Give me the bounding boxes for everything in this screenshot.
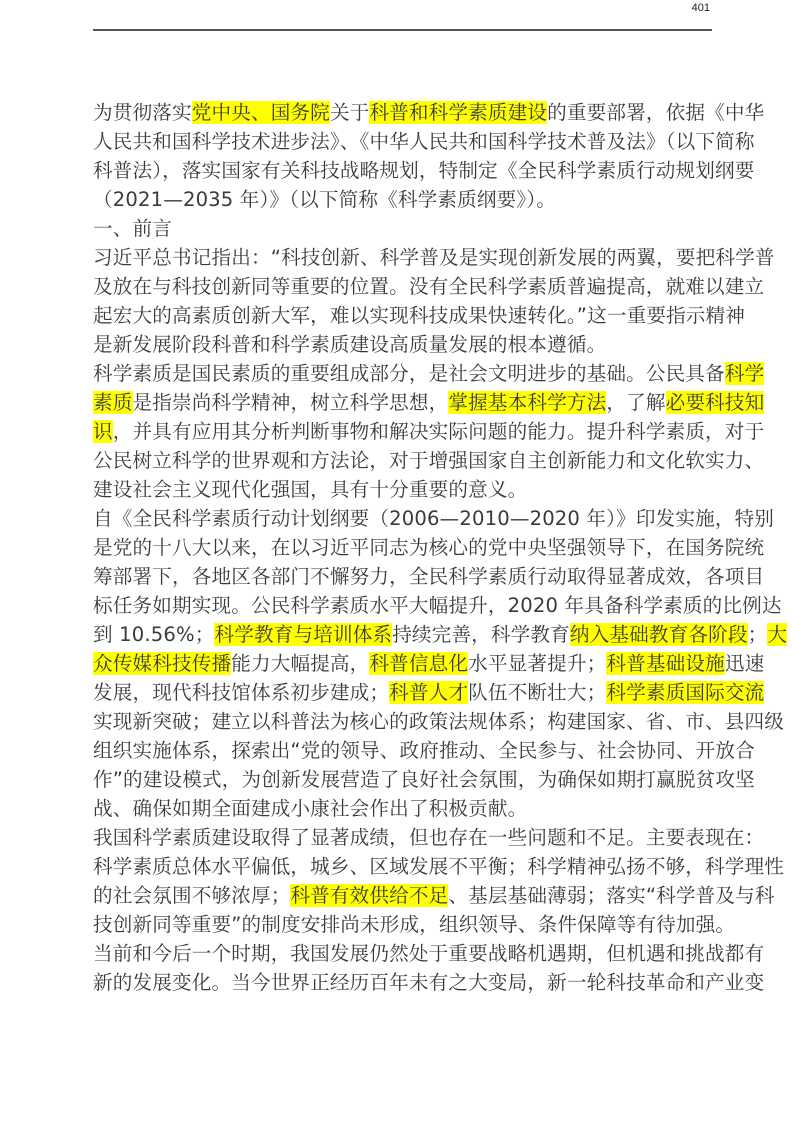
text-line: 及放在与科技创新同等重要的位置。没有全民科学素质普遍提高，就难以建立	[93, 272, 718, 301]
highlighted-text: 科普基础设施	[606, 652, 724, 675]
document-body: 为贯彻落实党中央、国务院关于科普和科学素质建设的重要部署，依据《中华人民共和国科…	[93, 98, 718, 997]
text-line: 人民共和国科学技术进步法》、《中华人民共和国科学技术普及法》（以下简称	[93, 127, 718, 156]
text-line: 组织实施体系，探索出“党的领导、政府推动、全民参与、社会协同、开放合	[93, 736, 718, 765]
page-number: 401	[692, 2, 710, 14]
text-segment: 组织实施体系，探索出“党的领导、政府推动、全民参与、社会协同、开放合	[93, 739, 755, 762]
text-segment: 公民树立科学的世界观和方法论，对于增强国家自主创新能力和文化软实力、	[93, 449, 764, 472]
text-line: 建设社会主义现代化强国，具有十分重要的意义。	[93, 475, 718, 504]
text-segment: 科学素质总体水平偏低，城乡、区域发展不平衡；科学精神弘扬不够，科学理性	[93, 855, 784, 878]
highlighted-text: 众传媒科技传播	[93, 652, 231, 675]
text-segment: 及放在与科技创新同等重要的位置。没有全民科学素质普遍提高，就难以建立	[93, 275, 764, 298]
text-segment: 起宏大的高素质创新大军，难以实现科技成果快速转化。”这一重要指示精神	[93, 304, 745, 327]
text-line: 科普法），落实国家有关科技战略规划，特制定《全民科学素质行动规划纲要	[93, 156, 718, 185]
text-segment: ，并具有应用其分析判断事物和解决实际问题的能力。提升科学素质，对于	[113, 420, 765, 443]
text-line: 是党的十八大以来，在以习近平同志为核心的党中央坚强领导下，在国务院统	[93, 533, 718, 562]
text-segment: ，了解	[606, 391, 665, 414]
text-segment: 的社会氛围不够浓厚；	[93, 884, 290, 907]
text-segment: 新的发展变化。当今世界正经历百年未有之大变局，新一轮科技革命和产业变	[93, 971, 764, 994]
text-segment: 迅速	[725, 652, 765, 675]
highlighted-text: 科学素质国际交流	[606, 681, 764, 704]
text-line: 当前和今后一个时期，我国发展仍然处于重要战略机遇期，但机遇和挑战都有	[93, 939, 718, 968]
text-segment: 科学素质是国民素质的重要组成部分，是社会文明进步的基础。公民具备	[93, 362, 725, 385]
text-line: 众传媒科技传播能力大幅提高，科普信息化水平显著提升；科普基础设施迅速	[93, 649, 718, 678]
text-line: 习近平总书记指出：“科技创新、科学普及是实现创新发展的两翼，要把科学普	[93, 243, 718, 272]
text-segment: 持续完善，科学教育	[392, 623, 570, 646]
text-segment: 筹部署下，各地区各部门不懈努力，全民科学素质行动取得显著成效，各项目	[93, 565, 764, 588]
text-line: 标任务如期实现。公民科学素质水平大幅提升，2020 年具备科学素质的比例达	[93, 591, 718, 620]
text-segment: 是新发展阶段科普和科学素质建设高质量发展的根本遵循。	[93, 333, 606, 356]
text-segment: 发展，现代科技馆体系初步建成；	[93, 681, 389, 704]
highlighted-text: 党中央、国务院	[192, 101, 330, 124]
text-line: 实现新突破；建立以科普法为核心的政策法规体系；构建国家、省、市、县四级	[93, 707, 718, 736]
text-line: 发展，现代科技馆体系初步建成；科普人才队伍不断壮大；科学素质国际交流	[93, 678, 718, 707]
text-segment: 、基层基础薄弱；落实“科学普及与科	[448, 884, 774, 907]
text-line: 科学素质是国民素质的重要组成部分，是社会文明进步的基础。公民具备科学	[93, 359, 718, 388]
text-segment: 队伍不断壮大；	[468, 681, 606, 704]
text-line: 筹部署下，各地区各部门不懈努力，全民科学素质行动取得显著成效，各项目	[93, 562, 718, 591]
highlighted-text: 纳入基础教育各阶段	[570, 623, 748, 646]
text-line: 是新发展阶段科普和科学素质建设高质量发展的根本遵循。	[93, 330, 718, 359]
header-rule	[93, 29, 712, 31]
text-line: （2021—2035 年）》（以下简称《科学素质纲要》）。	[93, 185, 718, 214]
text-segment: 是指崇尚科学精神，树立科学思想，	[133, 391, 449, 414]
text-segment: 建设社会主义现代化强国，具有十分重要的意义。	[93, 478, 527, 501]
text-line: 技创新同等重要”的制度安排尚未形成，组织领导、条件保障等有待加强。	[93, 910, 718, 939]
text-line: 素质是指崇尚科学精神，树立科学思想，掌握基本科学方法，了解必要科技知	[93, 388, 718, 417]
text-segment: 科普法），落实国家有关科技战略规划，特制定《全民科学素质行动规划纲要	[93, 159, 755, 182]
text-segment: 技创新同等重要”的制度安排尚未形成，组织领导、条件保障等有待加强。	[93, 913, 735, 936]
highlighted-text: 科普人才	[389, 681, 468, 704]
text-line: 我国科学素质建设取得了显著成绩，但也存在一些问题和不足。主要表现在：	[93, 823, 718, 852]
text-segment: 当前和今后一个时期，我国发展仍然处于重要战略机遇期，但机遇和挑战都有	[93, 942, 764, 965]
text-segment: 作”的建设模式，为创新发展营造了良好社会氛围，为确保如期打赢脱贫攻坚	[93, 768, 755, 791]
highlighted-text: 科学	[725, 362, 765, 385]
text-line: 起宏大的高素质创新大军，难以实现科技成果快速转化。”这一重要指示精神	[93, 301, 718, 330]
highlighted-text: 必要科技知	[666, 391, 765, 414]
text-segment: 战、确保如期全面建成小康社会作出了积极贡献。	[93, 797, 527, 820]
text-segment: 习近平总书记指出：“科技创新、科学普及是实现创新发展的两翼，要把科学普	[93, 246, 775, 269]
highlighted-text: 科学教育与培训体系	[214, 623, 392, 646]
highlighted-text: 科普有效供给不足	[290, 884, 448, 907]
text-segment: （2021—2035 年）》（以下简称《科学素质纲要》）。	[93, 188, 556, 211]
highlighted-text: 大	[767, 623, 787, 646]
highlighted-text: 科普信息化	[369, 652, 468, 675]
text-segment: 的重要部署，依据《中华	[547, 101, 764, 124]
text-segment: 标任务如期实现。公民科学素质水平大幅提升，2020 年具备科学素质的比例达	[93, 594, 782, 617]
text-line: 的社会氛围不够浓厚；科普有效供给不足、基层基础薄弱；落实“科学普及与科	[93, 881, 718, 910]
text-segment: 能力大幅提高，	[231, 652, 369, 675]
text-segment: 为贯彻落实	[93, 101, 192, 124]
text-line: 科学素质总体水平偏低，城乡、区域发展不平衡；科学精神弘扬不够，科学理性	[93, 852, 718, 881]
text-segment: ；	[748, 623, 768, 646]
text-segment: 我国科学素质建设取得了显著成绩，但也存在一些问题和不足。主要表现在：	[93, 826, 764, 849]
text-segment: 是党的十八大以来，在以习近平同志为核心的党中央坚强领导下，在国务院统	[93, 536, 764, 559]
highlighted-text: 掌握基本科学方法	[448, 391, 606, 414]
highlighted-text: 科普和科学素质建设	[369, 101, 547, 124]
text-segment: 人民共和国科学技术进步法》、《中华人民共和国科学技术普及法》（以下简称	[93, 130, 755, 153]
highlighted-text: 素质	[93, 391, 133, 414]
text-segment: 关于	[330, 101, 370, 124]
text-line: 战、确保如期全面建成小康社会作出了积极贡献。	[93, 794, 718, 823]
text-line: 自《全民科学素质行动计划纲要（2006—2010—2020 年）》印发实施，特别	[93, 504, 718, 533]
section-heading: 一、前言	[93, 214, 718, 243]
text-segment: 一、前言	[93, 217, 172, 240]
text-segment: 实现新突破；建立以科普法为核心的政策法规体系；构建国家、省、市、县四级	[93, 710, 784, 733]
highlighted-text: 识	[93, 420, 113, 443]
text-line: 到 10.56%；科学教育与培训体系持续完善，科学教育纳入基础教育各阶段；大	[93, 620, 718, 649]
text-segment: 水平显著提升；	[468, 652, 606, 675]
text-segment: 自《全民科学素质行动计划纲要（2006—2010—2020 年）》印发实施，特别	[93, 507, 774, 530]
text-line: 公民树立科学的世界观和方法论，对于增强国家自主创新能力和文化软实力、	[93, 446, 718, 475]
text-segment: 到 10.56%；	[93, 623, 214, 646]
text-line: 为贯彻落实党中央、国务院关于科普和科学素质建设的重要部署，依据《中华	[93, 98, 718, 127]
text-line: 新的发展变化。当今世界正经历百年未有之大变局，新一轮科技革命和产业变	[93, 968, 718, 997]
text-line: 识，并具有应用其分析判断事物和解决实际问题的能力。提升科学素质，对于	[93, 417, 718, 446]
text-line: 作”的建设模式，为创新发展营造了良好社会氛围，为确保如期打赢脱贫攻坚	[93, 765, 718, 794]
